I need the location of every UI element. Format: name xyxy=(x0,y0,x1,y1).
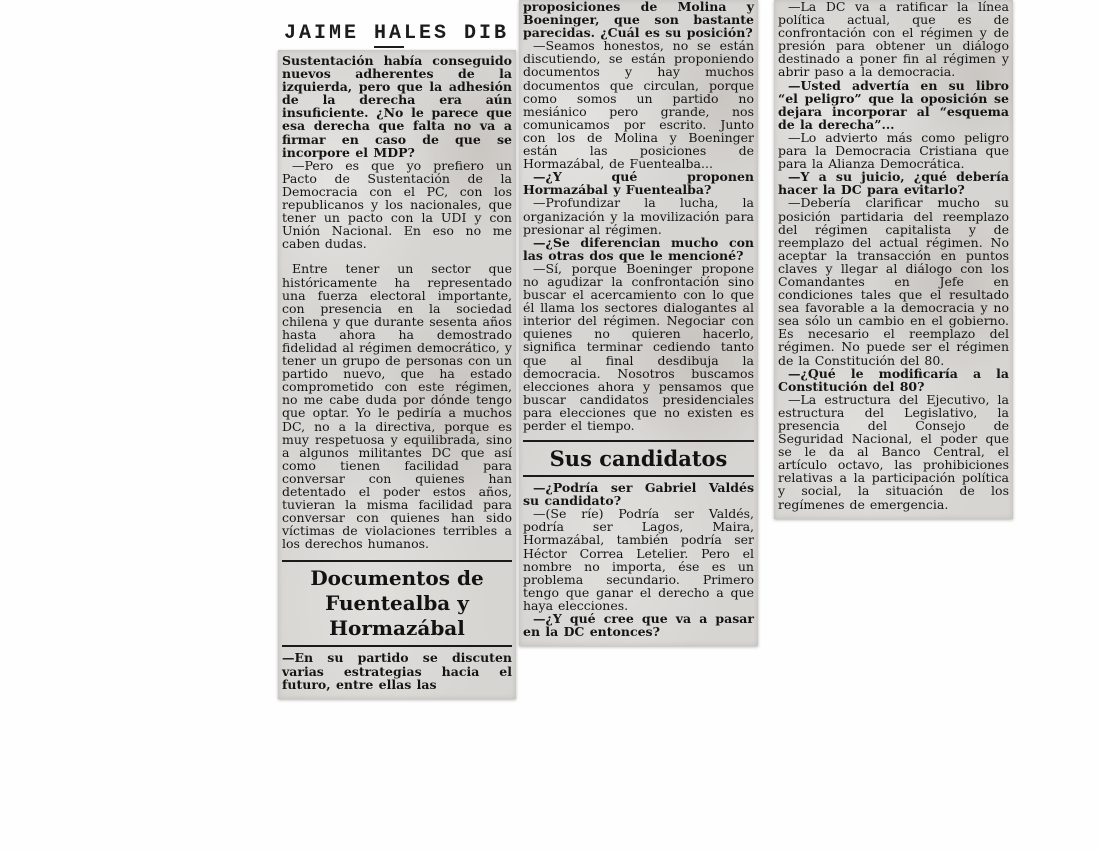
answer-paragraph: —Debería clarificar mucho su posición pa… xyxy=(778,196,1009,366)
answer-paragraph: —Sí, porque Boeninger propone no agudiza… xyxy=(523,262,754,432)
question-paragraph: —¿Y qué proponen Hormazábal y Fuentealba… xyxy=(523,170,754,196)
scanned-page: JAIME HALES DIB (6) Sustentación había c… xyxy=(0,0,1100,850)
answer-paragraph: —Seamos honestos, no se están discutiend… xyxy=(523,39,754,170)
news-clipping-column-2: proposiciones de Molina y Boeninger, que… xyxy=(519,0,758,646)
question-paragraph: —¿Qué le modificaría a la Constitución d… xyxy=(778,367,1009,393)
news-clipping-column-1: Sustentación había conseguido nuevos adh… xyxy=(278,50,516,699)
article-headline: Documentos de Fuentealba y Hormazábal xyxy=(282,566,512,641)
answer-paragraph: —(Se ríe) Podría ser Valdés, podría ser … xyxy=(523,507,754,612)
answer-paragraph: —La estructura del Ejecutivo, la estruct… xyxy=(778,393,1009,511)
answer-paragraph: —La DC va a ratificar la línea política … xyxy=(778,0,1009,79)
section-heading-block: Sus candidatos xyxy=(523,440,754,477)
question-paragraph: —En su partido se discuten varias estrat… xyxy=(282,651,512,690)
answer-paragraph: —Lo advierto más como peligro para la De… xyxy=(778,131,1009,170)
question-paragraph: proposiciones de Molina y Boeninger, que… xyxy=(523,0,754,39)
article-headline-block: Documentos de Fuentealba y Hormazábal xyxy=(282,560,512,647)
headline-rule-top xyxy=(282,560,512,562)
question-paragraph: —¿Se diferencian mucho con las otras dos… xyxy=(523,236,754,262)
answer-paragraph: Entre tener un sector que históricamente… xyxy=(282,262,512,550)
headline-rule-bottom xyxy=(282,645,512,647)
section-rule-top xyxy=(523,440,754,442)
header-part2-underlined: HA xyxy=(374,22,404,48)
question-paragraph: —Usted advertía en su libro “el peligro”… xyxy=(778,79,1009,131)
question-paragraph: Sustentación había conseguido nuevos adh… xyxy=(282,54,512,159)
question-paragraph: —¿Podría ser Gabriel Valdés su candidato… xyxy=(523,481,754,507)
question-paragraph: —Y a su juicio, ¿qué debería hacer la DC… xyxy=(778,170,1009,196)
answer-paragraph: —Profundizar la lucha, la organización y… xyxy=(523,196,754,235)
question-paragraph: —¿Y qué cree que va a pasar en la DC ent… xyxy=(523,612,754,638)
header-part1: JAIME xyxy=(284,22,374,45)
answer-paragraph: —Pero es que yo prefiero un Pacto de Sus… xyxy=(282,159,512,251)
news-clipping-column-3: —La DC va a ratificar la línea política … xyxy=(774,0,1013,519)
section-heading: Sus candidatos xyxy=(523,446,754,471)
section-rule-bottom xyxy=(523,475,754,477)
